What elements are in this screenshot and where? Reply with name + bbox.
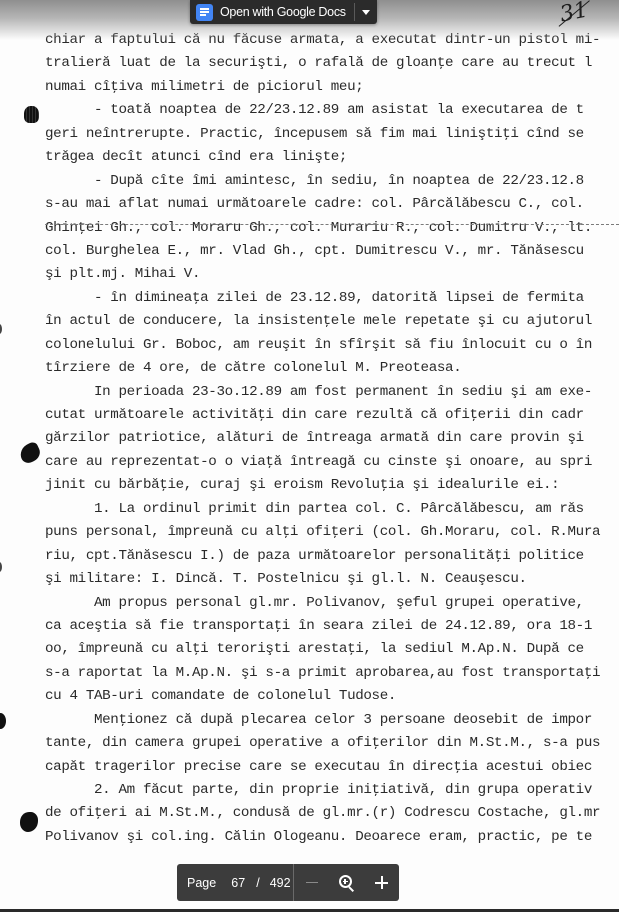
- document-line: Menţionez că după plecarea celor 3 perso…: [45, 709, 619, 732]
- page-separator: /: [256, 876, 259, 890]
- current-page-input[interactable]: 67: [230, 876, 246, 890]
- document-line: tante, din camera grupei operative a ofi…: [45, 732, 619, 755]
- open-with-dropdown-button[interactable]: [355, 0, 377, 24]
- handwritten-page-number: 31: [558, 0, 591, 28]
- ink-blot: [17, 441, 43, 466]
- document-line: colonelului Gr. Boboc, am reuşit în sfîr…: [45, 334, 619, 357]
- zoom-out-button[interactable]: [298, 869, 326, 897]
- document-line: - După cîte îmi amintesc, în sediu, în n…: [45, 170, 619, 193]
- document-line: s-au mai aflat numai următoarele cadre: …: [45, 193, 619, 216]
- document-line: şi militare: I. Dincă. T. Postelnicu şi …: [45, 568, 619, 591]
- document-line: de ofiţeri ai M.St.M., condusă de gl.mr.…: [45, 802, 619, 825]
- google-docs-icon: [196, 4, 213, 21]
- document-line: 1. La ordinul primit din partea col. C. …: [45, 498, 619, 521]
- document-body-text: chiar a faptului că nu făcuse armata, a …: [45, 29, 619, 849]
- document-line: chiar a faptului că nu făcuse armata, a …: [45, 29, 619, 52]
- document-line: - toată noaptea de 22/23.12.89 am asista…: [45, 99, 619, 122]
- minus-icon: [306, 882, 318, 884]
- document-line: trăgea decît atunci cînd era linişte;: [45, 146, 619, 169]
- page-indicator: Page 67 / 492: [177, 864, 293, 901]
- document-line: In perioada 23-3o.12.89 am fost permanen…: [45, 381, 619, 404]
- document-line: s-a raportat la M.Ap.N. şi s-a primit ap…: [45, 662, 619, 685]
- open-with-label: Open with Google Docs: [220, 5, 346, 19]
- document-line: col. Burghelea E., mr. Vlad Gh., cpt. Du…: [45, 240, 619, 263]
- open-with-google-docs-control: Open with Google Docs: [190, 0, 377, 24]
- document-line: cu 4 TAB-uri comandate de colonelul Tudo…: [45, 685, 619, 708]
- open-with-google-docs-button[interactable]: Open with Google Docs: [190, 0, 354, 24]
- ink-blot: [0, 562, 2, 572]
- page-label: Page: [187, 876, 216, 890]
- document-line: şi plt.mj. Mihai V.: [45, 263, 619, 286]
- document-line: cutat următoarele activităţi din care re…: [45, 404, 619, 427]
- page-navigation-toolbar: Page 67 / 492: [177, 864, 399, 901]
- document-line: geri neîntrerupte. Practic, începusem să…: [45, 123, 619, 146]
- document-line: care au reprezentat-o o viaţă întreagă c…: [45, 451, 619, 474]
- document-line: riu, cpt.Tănăsescu I.) de paza următoare…: [45, 545, 619, 568]
- zoom-in-button[interactable]: [368, 869, 396, 897]
- document-line: Polivanov şi col.ing. Călin Ologeanu. De…: [45, 826, 619, 849]
- document-line: capăt tragerilor precise care se executa…: [45, 756, 619, 779]
- zoom-in-magnifier-icon: [339, 875, 355, 891]
- zoom-fit-button[interactable]: [333, 869, 361, 897]
- ink-blot: [0, 713, 6, 729]
- ink-blot: [24, 106, 39, 123]
- document-line: în actul de conducere, la insistenţele m…: [45, 310, 619, 333]
- plus-icon: [375, 876, 388, 889]
- document-line: Ghinţei Gh., col. Moraru Gh., col. Murar…: [45, 217, 619, 240]
- document-line: ca aceştia să fie transportaţi în seara …: [45, 615, 619, 638]
- document-line: oo, împreună cu alţi terorişti arestaţi,…: [45, 638, 619, 661]
- caret-down-icon: [362, 10, 370, 15]
- document-line: tîrziere de 4 ore, de către colonelul M.…: [45, 357, 619, 380]
- document-line: puns personal, împreună cu alţi ofiţeri …: [45, 521, 619, 544]
- document-line: jinit cu bărbăţie, curaj şi eroism Revol…: [45, 474, 619, 497]
- document-line: gărzilor patriotice, alături de întreaga…: [45, 427, 619, 450]
- document-page: 31 chiar a faptului că nu făcuse armata,…: [0, 0, 619, 912]
- ink-blot: [0, 324, 2, 334]
- ink-blot: [20, 812, 38, 832]
- document-line: numai cîţiva milimetri de piciorul meu;: [45, 76, 619, 99]
- document-line: tralieră luat de la securişti, o rafală …: [45, 52, 619, 75]
- document-line: Am propus personal gl.mr. Polivanov, şef…: [45, 592, 619, 615]
- total-pages: 492: [270, 876, 291, 890]
- document-line: - în dimineaţa zilei de 23.12.89, datori…: [45, 287, 619, 310]
- document-line: 2. Am făcut parte, din proprie iniţiativ…: [45, 779, 619, 802]
